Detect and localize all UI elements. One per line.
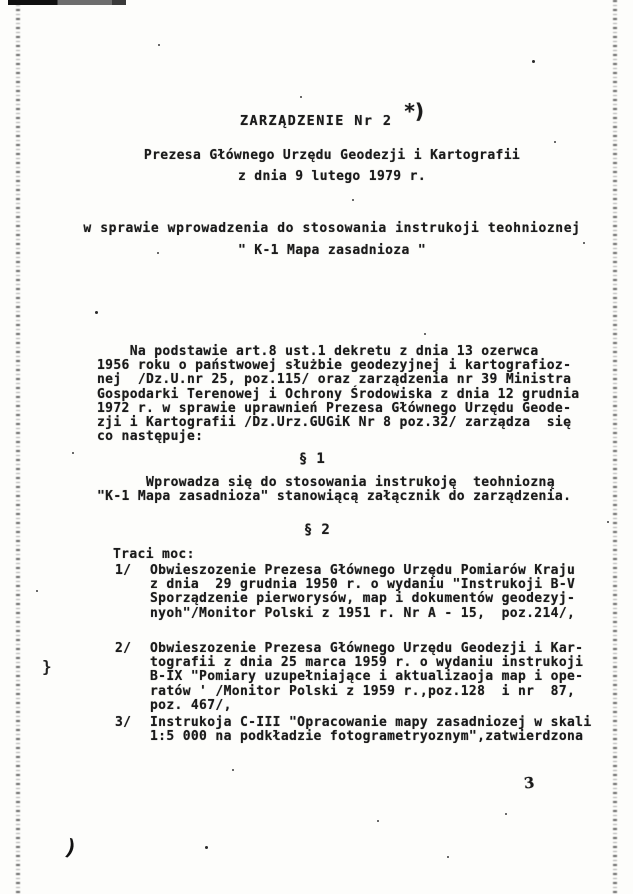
scan-speck [72,452,74,454]
section-2-header: § 2 [62,523,572,537]
scan-speck [607,521,609,523]
scan-speck [205,846,208,849]
list-item-text: Obwieszozenie Prezesa Głównego Urzędu Ge… [150,642,583,713]
section-2-intro: Traci moc: [113,548,195,562]
list-item-number: 1/ [115,564,131,578]
scan-speck [377,820,379,822]
scan-left-edge-artifact [16,0,20,894]
document-title: ZARZĄDZENIE Nr 2*) [62,111,602,128]
scan-corner-mark: ) [61,835,80,862]
preamble-paragraph: Na podstawie art.8 ust.1 dekretu z dnia … [97,345,579,444]
scan-speck [157,252,159,254]
subject-line-1: w sprawie wprowadzenia do stosowania ins… [62,222,602,236]
scan-speck [583,242,585,244]
scan-speck [554,141,556,143]
scan-right-edge-artifact [613,0,617,894]
scan-speck [424,333,426,335]
scan-margin-brace-mark: } [42,657,52,676]
list-item-text: Obwieszozenie Prezesa Głównego Urzędu Po… [150,564,575,621]
scan-speck [300,96,302,98]
section-1-header: § 1 [62,452,562,466]
issuer-line: Prezesa Głównego Urzędu Geodezji i Karto… [62,149,602,163]
section-1-body: Wprowadza się do stosowania instrukoję t… [97,476,571,504]
title-text: ZARZĄDZENIE Nr 2 [240,113,392,129]
date-line: z dnia 9 lutego 1979 r. [62,170,602,184]
list-item-number: 2/ [115,642,131,656]
footnote-star-mark: *) [404,104,424,118]
scan-speck [352,199,354,201]
scan-speck [447,856,449,858]
page-number: 3 [523,775,535,790]
subject-line-2: " K-1 Mapa zasadnioza " [62,244,602,258]
list-item-number: 3/ [115,716,131,730]
scan-top-bar-artifact [8,0,126,5]
list-item-text: Instrukoja C-III "Opracowanie mapy zasad… [150,716,592,744]
scan-speck [95,311,98,314]
scanned-document-page: ZARZĄDZENIE Nr 2*) Prezesa Głównego Urzę… [0,0,633,894]
scan-speck [505,813,507,815]
scan-speck [232,769,234,771]
scan-speck [158,44,160,46]
scan-speck [36,590,38,592]
scan-speck [532,60,535,63]
